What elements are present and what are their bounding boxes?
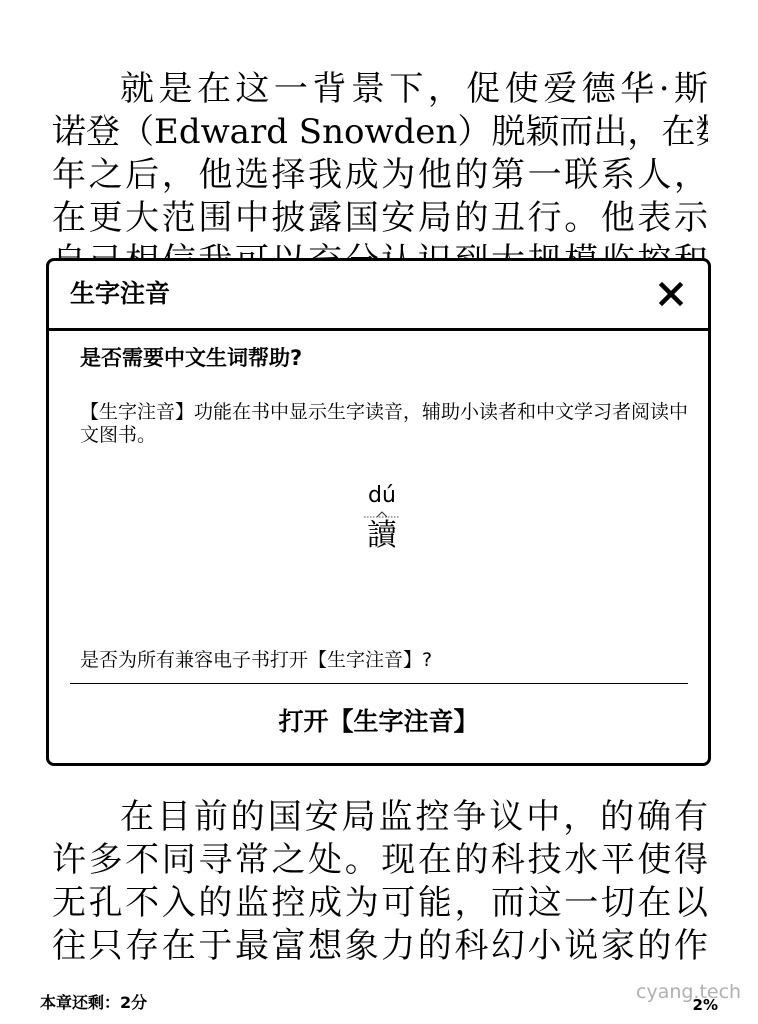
pinyin-pointer-icon bbox=[364, 509, 400, 519]
reading-progress: 2% bbox=[693, 995, 718, 1015]
text-line: 无孔不入的监控成为可能，而这一切在以 bbox=[52, 882, 708, 925]
book-paragraph-top: 就是在这一背景下，促使爱德华·斯 诺登（Edward Snowden）脱颖而出，… bbox=[52, 68, 708, 283]
dialog-header: 生字注音 bbox=[49, 261, 708, 331]
example-character: 讀 bbox=[349, 519, 415, 553]
dialog-description: 【生字注音】功能在书中显示生字读音，辅助小读者和中文学习者阅读中文图书。 bbox=[80, 401, 690, 447]
text-line: 在更大范围中披露国安局的丑行。他表示 bbox=[52, 197, 708, 240]
chapter-time-remaining: 本章还剩：2分 bbox=[40, 993, 147, 1013]
pinyin-example: dú 讀 bbox=[349, 483, 415, 553]
watermark: cyang.tech bbox=[636, 980, 741, 1004]
dialog-prompt: 是否为所有兼容电子书打开【生字注音】? bbox=[80, 647, 432, 673]
dialog-title: 生字注音 bbox=[70, 278, 170, 310]
text-line: 在目前的国安局监控争议中，的确有 bbox=[52, 796, 708, 839]
text-line: 就是在这一背景下，促使爱德华·斯 bbox=[52, 68, 708, 111]
book-paragraph-bottom: 在目前的国安局监控争议中，的确有 许多不同寻常之处。现在的科技水平使得 无孔不入… bbox=[52, 796, 708, 968]
text-line: 许多不同寻常之处。现在的科技水平使得 bbox=[52, 839, 708, 882]
close-button[interactable] bbox=[658, 281, 684, 307]
enable-pinyin-button[interactable]: 打开【生字注音】 bbox=[49, 687, 708, 761]
divider bbox=[70, 683, 688, 684]
close-x-icon bbox=[658, 281, 684, 307]
text-line: 年之后，他选择我成为他的第一联系人， bbox=[52, 154, 708, 197]
pinyin-text: dú bbox=[349, 483, 415, 509]
text-line: 诺登（Edward Snowden）脱颖而出，在数 bbox=[52, 111, 708, 154]
dialog-question: 是否需要中文生词帮助? bbox=[80, 344, 302, 372]
pinyin-dialog: 生字注音 是否需要中文生词帮助? 【生字注音】功能在书中显示生字读音，辅助小读者… bbox=[46, 258, 711, 766]
text-line: 往只存在于最富想象力的科幻小说家的作 bbox=[52, 925, 708, 968]
